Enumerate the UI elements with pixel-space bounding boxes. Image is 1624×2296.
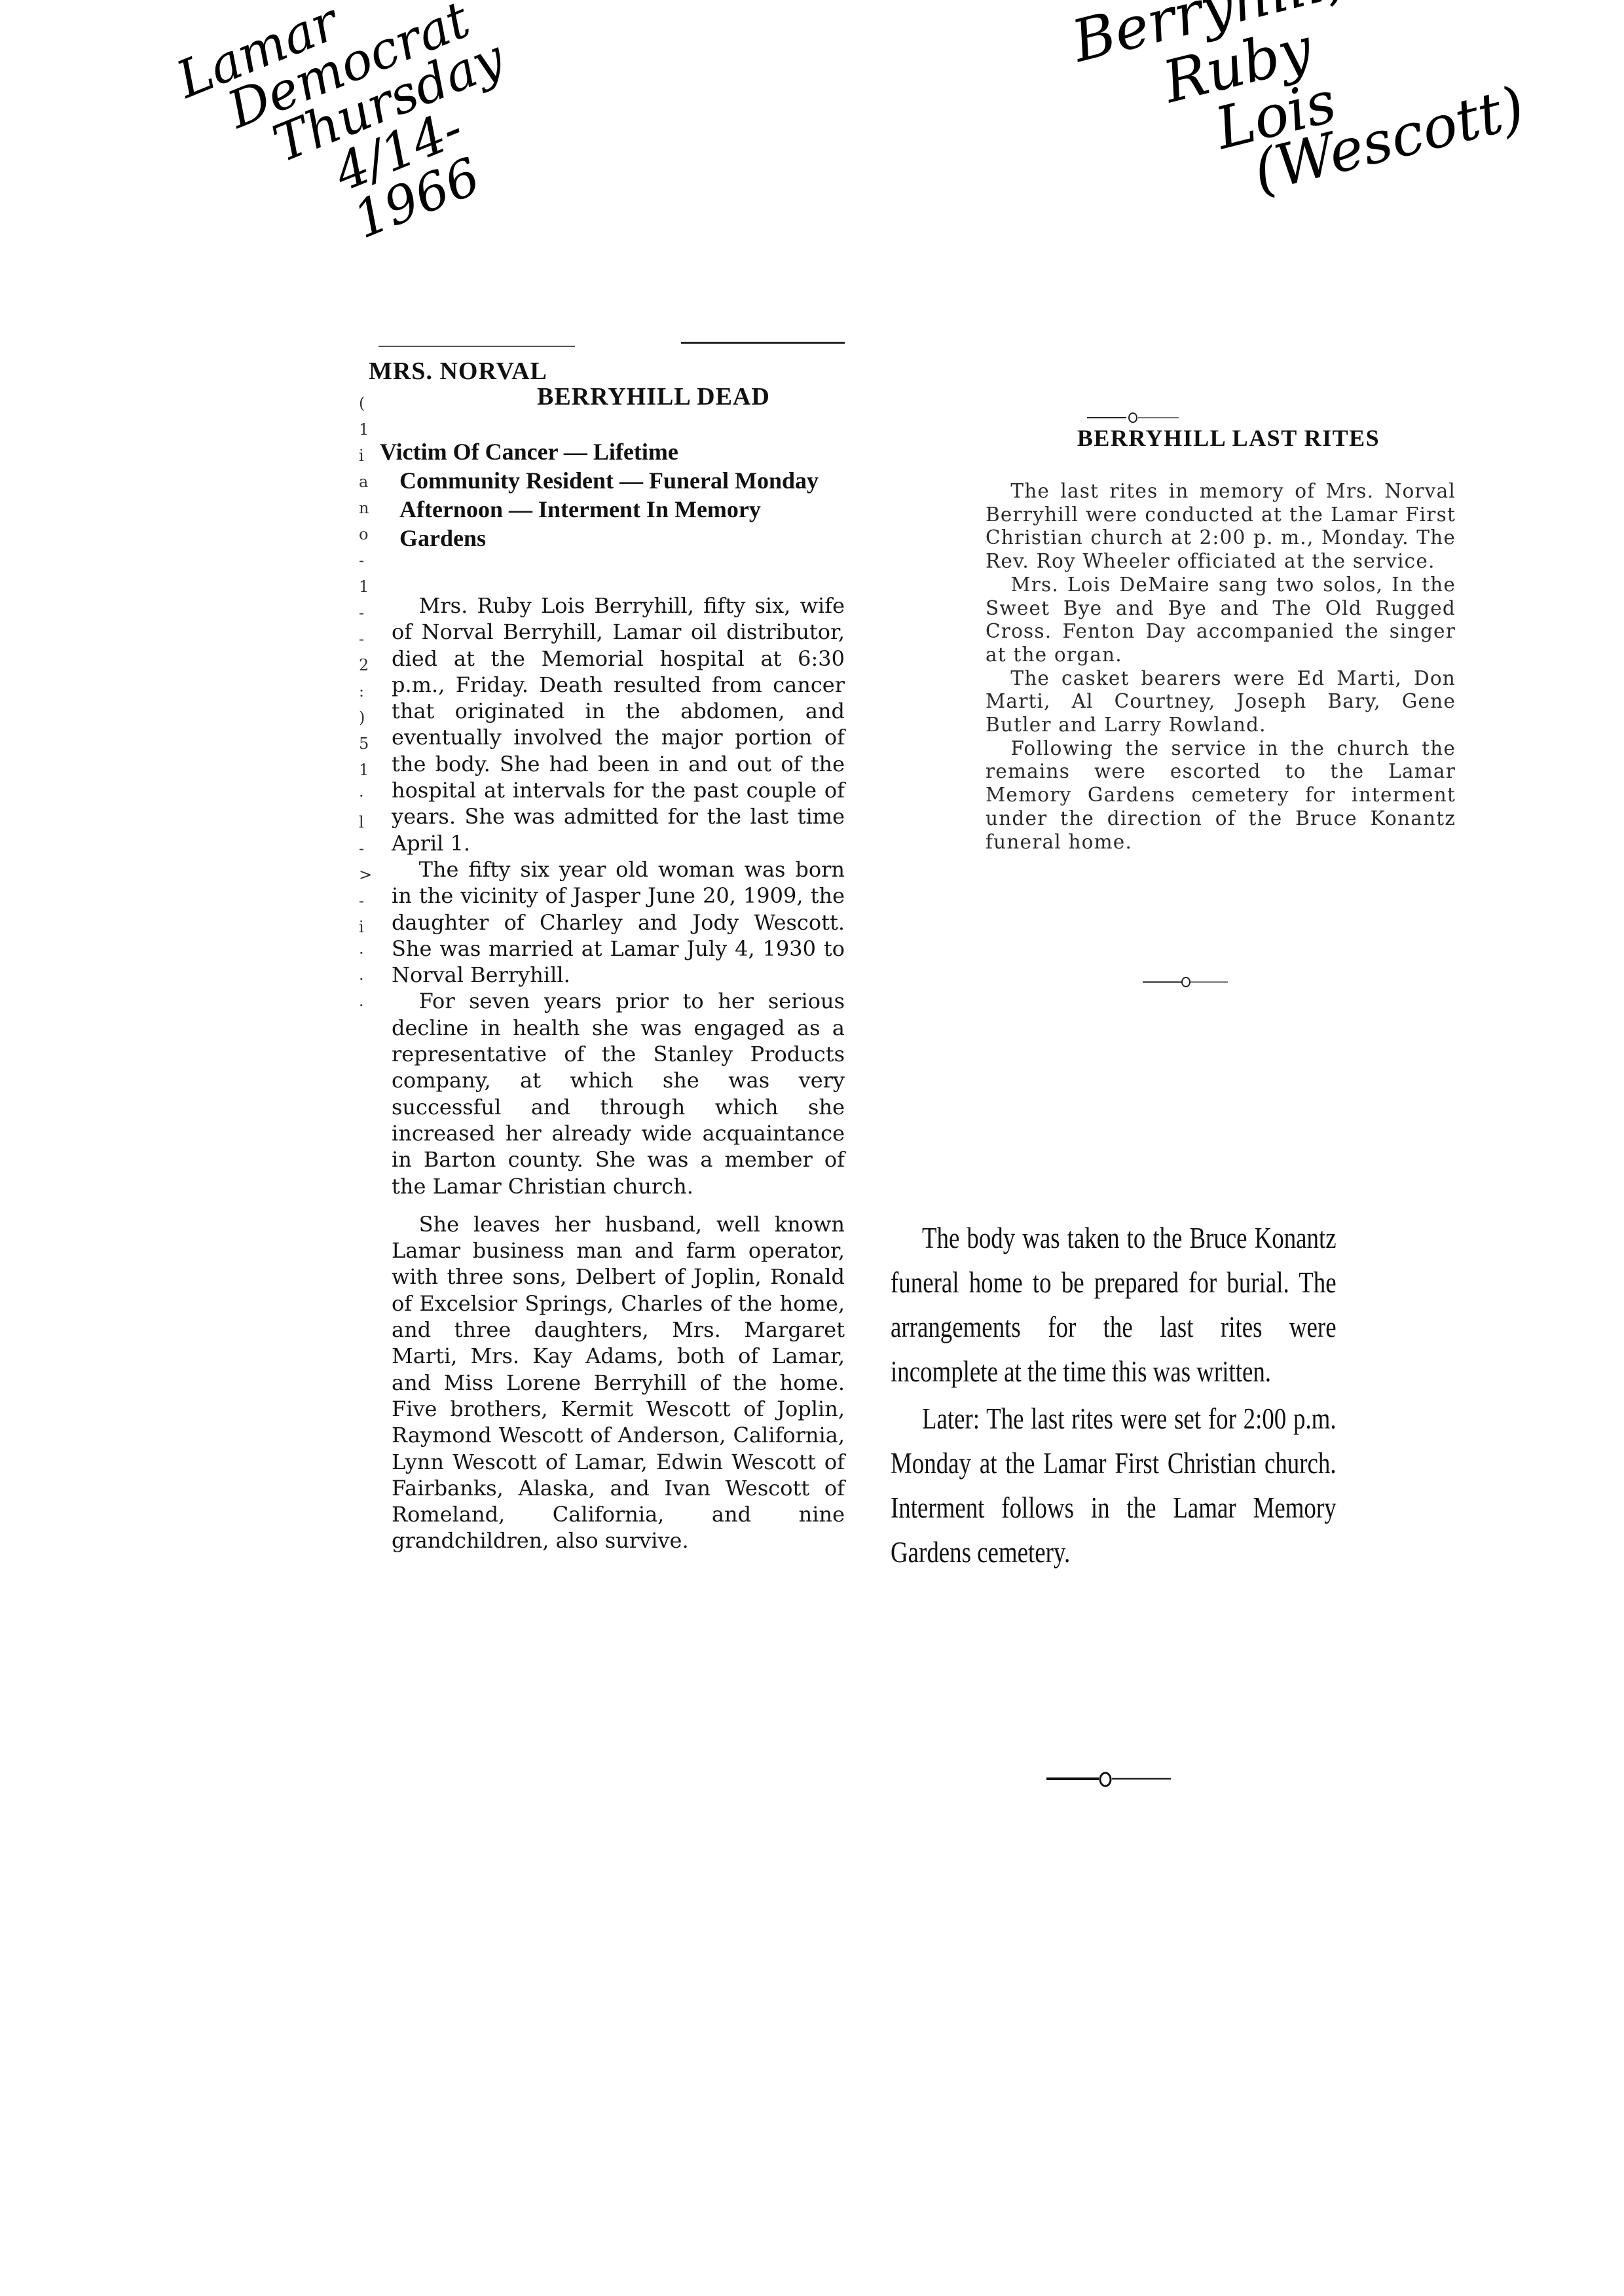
last-rites-body: The last rites in memory of Mrs. Norval … xyxy=(986,480,1456,854)
notice-paragraph: The body was taken to the Bruce Konantz … xyxy=(891,1216,1337,1394)
separator-ornament xyxy=(1046,1769,1171,1789)
handwritten-source-note: Lamar Democrat Thursday 4/14-1966 xyxy=(170,0,603,288)
subheadline-continued: Community Resident — Funeral Monday Afte… xyxy=(380,466,845,553)
fragment-glyph: 1 xyxy=(359,416,371,443)
fragment-glyph: - xyxy=(359,888,371,914)
notice-paragraph: Later: The last rites were set for 2:00 … xyxy=(891,1396,1337,1575)
fragment-glyph: ( xyxy=(359,390,371,416)
fragment-glyph: 2 xyxy=(359,652,371,678)
last-rites-paragraph: The casket bearers were Ed Marti, Don Ma… xyxy=(986,667,1456,737)
last-rites-paragraph: Following the service in the church the … xyxy=(986,737,1456,854)
fragment-glyph: - xyxy=(359,547,371,574)
obituary-paragraph: Mrs. Ruby Lois Berryhill, fifty six, wif… xyxy=(392,592,845,856)
fragment-glyph: o xyxy=(359,521,371,547)
fragment-glyph: · xyxy=(359,940,371,966)
fragment-glyph: i xyxy=(359,443,371,469)
fragment-glyph: · xyxy=(359,783,371,809)
obituary-paragraph: For seven years prior to her serious dec… xyxy=(392,988,845,1199)
fragment-glyph: i xyxy=(359,914,371,940)
fragment-glyph: - xyxy=(359,600,371,626)
fragment-glyph: > xyxy=(359,862,371,888)
separator-ornament xyxy=(1143,974,1234,990)
obituary-paragraph: The fifty six year old woman was born in… xyxy=(392,856,845,988)
last-rites-headline: BERRYHILL LAST RITES xyxy=(1006,424,1451,452)
fragment-glyph: 1 xyxy=(359,574,371,600)
fragment-glyph: n xyxy=(359,495,371,521)
obituary-headline-line1: MRS. NORVAL xyxy=(369,357,547,386)
fragment-glyph: · xyxy=(359,966,371,993)
fragment-glyph: l xyxy=(359,809,371,835)
fragment-glyph: : xyxy=(359,678,371,704)
obituary-paragraph: She leaves her husband, well known Lamar… xyxy=(392,1211,845,1554)
obituary-headline-line2: BERRYHILL DEAD xyxy=(537,382,770,411)
fragment-glyph: ) xyxy=(359,704,371,731)
obituary-body: Mrs. Ruby Lois Berryhill, fifty six, wif… xyxy=(392,592,845,1554)
last-rites-paragraph: The last rites in memory of Mrs. Norval … xyxy=(986,480,1456,574)
obituary-subheadline: Victim Of Cancer — Lifetime Community Re… xyxy=(380,437,845,553)
subheadline-first-line: Victim Of Cancer — Lifetime xyxy=(380,437,845,466)
fragment-glyph: a xyxy=(359,469,371,495)
fragment-glyph: 5 xyxy=(359,731,371,757)
separator-ornament xyxy=(1087,410,1179,426)
top-rule-left xyxy=(378,346,575,347)
fragment-glyph: - xyxy=(359,835,371,862)
top-rule-right xyxy=(681,342,845,344)
fragment-glyph: · xyxy=(359,993,371,1019)
handwritten-name-note: Berryhill, Ruby Lois (Wescott) xyxy=(1048,0,1586,241)
fragment-glyph: - xyxy=(359,626,371,652)
clipped-column-fragments: (1iano-1--2:)51·l->-i··· xyxy=(359,390,371,1019)
last-rites-paragraph: Mrs. Lois DeMaire sang two solos, In the… xyxy=(986,574,1456,667)
funeral-home-notice: The body was taken to the Bruce Konantz … xyxy=(891,1216,1337,1575)
fragment-glyph: 1 xyxy=(359,757,371,783)
